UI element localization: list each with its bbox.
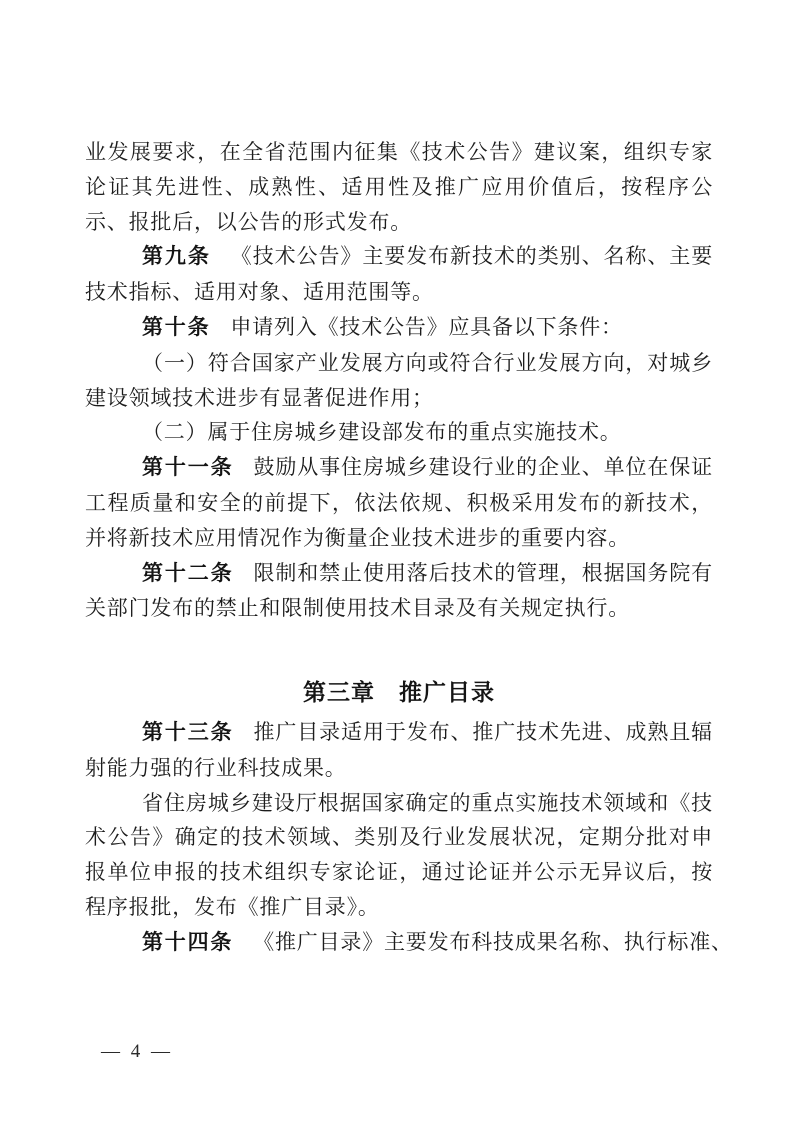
article-12-paragraph: 第十二条限制和禁止使用落后技术的管理，根据国务院有关部门发布的禁止和限制使用技术… [85,556,713,627]
article-10-text: 申请列入《技术公告》应具备以下条件： [230,315,622,339]
article-12-number: 第十二条 [142,562,234,585]
article-13-paragraph: 第十三条推广目录适用于发布、推广技术先进、成熟且辐射能力强的行业科技成果。 [85,715,713,786]
clause-1-paragraph: （一）符合国家产业发展方向或符合行业发展方向，对城乡建设领域技术进步有显著促进作… [85,346,713,416]
body-paragraph: 省住房城乡建设厅根据国家确定的重点实施技术领域和《技术公告》确定的技术领域、类别… [85,786,713,925]
article-14-number: 第十四条 [142,931,233,954]
article-10-paragraph: 第十条申请列入《技术公告》应具备以下条件： [85,310,713,346]
clause-2-paragraph: （二）属于住房城乡建设部发布的重点实施技术。 [85,415,713,450]
article-14-paragraph: 第十四条《推广目录》主要发布科技成果名称、执行标准、 [85,925,713,961]
article-11-paragraph: 第十一条鼓励从事住房城乡建设行业的企业、单位在保证工程质量和安全的前提下，依法依… [85,450,713,555]
article-13-number: 第十三条 [142,721,234,744]
article-14-text: 《推广目录》主要发布科技成果名称、执行标准、 [253,930,733,954]
article-9-number: 第九条 [142,245,211,268]
article-9-paragraph: 第九条《技术公告》主要发布新技术的类别、名称、主要技术指标、适用对象、适用范围等… [85,239,713,310]
document-body: 业发展要求，在全省范围内征集《技术公告》建议案，组织专家论证其先进性、成熟性、适… [85,135,713,961]
paragraph-text: 业发展要求，在全省范围内征集《技术公告》建议案，组织专家论证其先进性、成熟性、适… [85,140,713,234]
article-10-number: 第十条 [142,316,210,339]
paragraph-text: 省住房城乡建设厅根据国家确定的重点实施技术领域和《技术公告》确定的技术领域、类别… [85,791,713,919]
document-page: 业发展要求，在全省范围内征集《技术公告》建议案，组织专家论证其先进性、成熟性、适… [0,0,794,1123]
clause-2-text: （二）属于住房城乡建设部发布的重点实施技术。 [142,420,622,444]
chapter-3-heading: 第三章 推广目录 [85,675,713,710]
article-11-number: 第十一条 [142,456,234,479]
page-number: — 4 — [101,1041,173,1063]
clause-1-text: （一）符合国家产业发展方向或符合行业发展方向，对城乡建设领域技术进步有显著促进作… [85,351,713,410]
continuation-paragraph: 业发展要求，在全省范围内征集《技术公告》建议案，组织专家论证其先进性、成熟性、适… [85,135,713,239]
